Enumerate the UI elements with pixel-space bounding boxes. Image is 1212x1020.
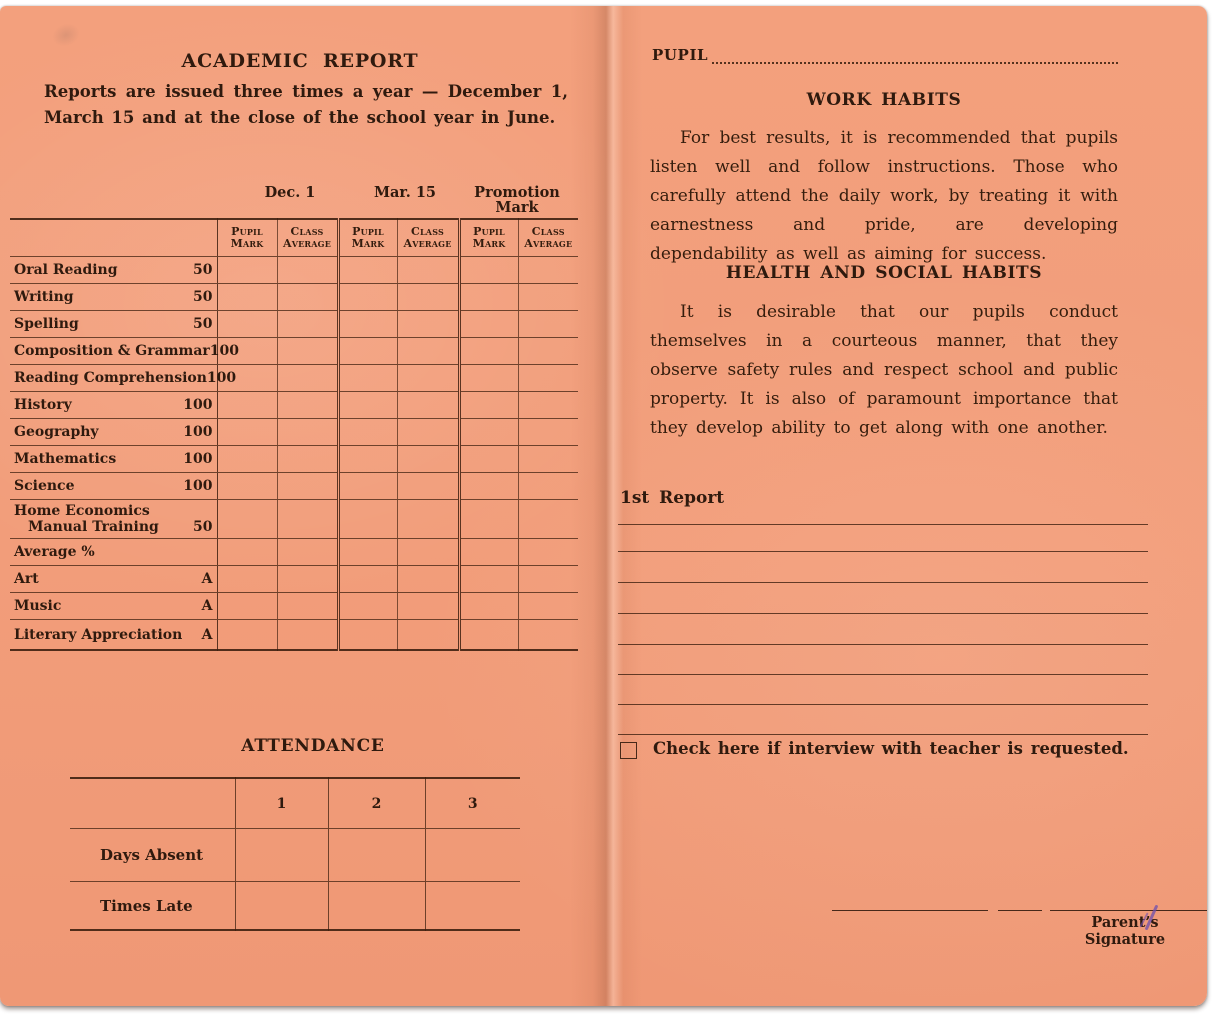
subject-label: Reading Comprehension [14,370,207,386]
mark-cell [397,446,459,473]
work-habits-title: WORK HABITS [650,90,1118,110]
pupil-label: PUPIL [652,46,708,64]
subject-label-line2: Manual Training [28,519,159,535]
mark-cell [277,392,338,419]
mark-cell [338,365,397,392]
subject-label: Writing [14,289,74,305]
mark-cell [338,392,397,419]
subject-row: ArtA [10,566,578,593]
subject-label: Science [14,478,74,494]
mark-cell [397,365,459,392]
mark-cell [518,365,578,392]
mark-cell [459,338,518,365]
subject-max-mark: A [202,598,213,614]
mark-cell [338,473,397,500]
mark-cell [217,539,277,566]
mark-cell [338,338,397,365]
subject-label: Average % [14,544,95,560]
attendance-cell [425,829,520,882]
period-header-promotion: Promotion Mark [468,185,566,215]
mark-cell [397,338,459,365]
subheader-class-average: Class Average [518,219,578,257]
subject-label: Oral Reading [14,262,118,278]
subject-label: Mathematics [14,451,116,467]
mark-cell [518,593,578,620]
attendance-header-blank [70,778,235,829]
mark-cell [518,419,578,446]
mark-cell [397,419,459,446]
subject-max-mark: 100 [183,478,212,494]
mark-cell [338,446,397,473]
mark-cell [518,446,578,473]
mark-cell [459,620,518,651]
subject-row: Spelling50 [10,311,578,338]
mark-cell [217,257,277,284]
mark-cell [217,311,277,338]
subject-row: Average % [10,539,578,566]
mark-cell [459,257,518,284]
mark-cell [277,338,338,365]
report-writing-line [618,524,1148,525]
mark-cell [338,257,397,284]
subject-row: Writing50 [10,284,578,311]
marks-subheader-row: Pupil Mark Class Average Pupil Mark Clas… [10,219,578,257]
mark-cell [518,566,578,593]
attendance-title: ATTENDANCE [78,736,548,756]
mark-cell [277,500,338,539]
subject-label: Composition & Grammar [14,343,210,359]
subject-max-mark: 100 [207,370,236,386]
subject-max-mark: 100 [183,397,212,413]
signature-line-right [1050,910,1207,911]
mark-cell [217,473,277,500]
report-writing-line [618,582,1148,583]
mark-cell [338,593,397,620]
mark-cell [518,473,578,500]
mark-cell [397,473,459,500]
attendance-cell [328,882,425,931]
subject-label: Art [14,571,39,587]
mark-cell [518,284,578,311]
mark-cell [277,593,338,620]
mark-cell [277,365,338,392]
report-writing-line [618,613,1148,614]
mark-cell [397,311,459,338]
mark-cell [459,311,518,338]
intro-text: Reports are issued three times a year — … [44,79,568,131]
subject-max-mark: A [202,627,213,643]
report-writing-line [618,704,1148,705]
mark-cell [338,539,397,566]
mark-cell [397,620,459,651]
mark-cell [459,473,518,500]
subject-row: Literary AppreciationA [10,620,578,651]
mark-cell [518,338,578,365]
first-report-label: 1st Report [620,488,724,508]
subject-row: Oral Reading50 [10,257,578,284]
mark-cell [518,392,578,419]
subject-max-mark: 50 [193,519,212,535]
attendance-table: 1 2 3 Days Absent Times Late [70,777,520,931]
subject-max-mark: 50 [193,289,212,305]
mark-cell [277,311,338,338]
mark-cell [217,392,277,419]
mark-cell [397,566,459,593]
signature-line-left [832,910,988,911]
mark-cell [338,419,397,446]
mark-cell [217,566,277,593]
subject-label: Spelling [14,316,79,332]
report-writing-line [618,551,1148,552]
report-writing-line [618,734,1148,735]
pupil-field: PUPIL [652,46,1118,64]
mark-cell [277,446,338,473]
subject-max-mark: A [202,571,213,587]
mark-cell [217,593,277,620]
report-writing-line [618,674,1148,675]
attendance-header-row: 1 2 3 [70,778,520,829]
mark-cell [459,566,518,593]
mark-cell [277,419,338,446]
subject-row: Composition & Grammar100 [10,338,578,365]
work-habits-body: For best results, it is recommended that… [650,124,1118,269]
interview-request-label: Check here if interview with teacher is … [653,739,1129,758]
mark-cell [459,392,518,419]
mark-cell [217,419,277,446]
mark-cell [518,620,578,651]
subject-row: MusicA [10,593,578,620]
parents-signature-label: Parent’s Signature [1050,914,1200,948]
attendance-row-label: Times Late [70,882,235,931]
attendance-col-header: 2 [328,778,425,829]
pencil-smudge [49,20,83,50]
pupil-dotted-line [712,46,1118,64]
subject-label: Music [14,598,61,614]
mark-cell [397,284,459,311]
period-header-mar15: Mar. 15 [350,185,460,200]
mark-cell [277,473,338,500]
mark-cell [459,365,518,392]
attendance-row: Times Late [70,882,520,931]
subject-max-mark: 100 [183,451,212,467]
mark-cell [397,593,459,620]
attendance-cell [235,882,328,931]
mark-cell [459,446,518,473]
mark-cell [518,500,578,539]
subject-max-mark: 50 [193,316,212,332]
mark-cell [338,566,397,593]
subject-row: History100 [10,392,578,419]
subject-row: Mathematics100 [10,446,578,473]
subheader-pupil-mark: Pupil Mark [217,219,277,257]
attendance-cell [425,882,520,931]
mark-cell [459,419,518,446]
subject-row: Reading Comprehension100 [10,365,578,392]
mark-cell [277,620,338,651]
subheader-class-average: Class Average [277,219,338,257]
subject-label: Home Economics [10,504,217,519]
subheader-class-average: Class Average [397,219,459,257]
mark-cell [277,539,338,566]
subject-row: Home Economics Manual Training50 [10,500,578,539]
mark-cell [459,284,518,311]
subject-header-blank [10,219,217,257]
attendance-col-header: 3 [425,778,520,829]
subject-max-mark: 50 [193,262,212,278]
attendance-cell [328,829,425,882]
mark-cell [338,500,397,539]
signature-line-middle [998,910,1042,911]
mark-cell [338,311,397,338]
mark-cell [277,257,338,284]
mark-cell [338,284,397,311]
subject-row: Science100 [10,473,578,500]
page-title: ACADEMIC REPORT [40,50,560,72]
subject-label: Literary Appreciation [14,627,182,643]
interview-checkbox [620,742,637,759]
mark-cell [338,620,397,651]
mark-cell [397,257,459,284]
mark-cell [217,284,277,311]
health-habits-title: HEALTH AND SOCIAL HABITS [650,263,1118,283]
mark-cell [518,311,578,338]
report-writing-line [618,644,1148,645]
subject-label: History [14,397,72,413]
subject-label: Geography [14,424,99,440]
mark-cell [397,500,459,539]
subheader-pupil-mark: Pupil Mark [459,219,518,257]
attendance-row-label: Days Absent [70,829,235,882]
mark-cell [518,257,578,284]
subject-max-mark: 100 [210,343,239,359]
marks-table: Pupil Mark Class Average Pupil Mark Clas… [10,218,578,651]
mark-cell [459,500,518,539]
mark-cell [217,500,277,539]
attendance-col-header: 1 [235,778,328,829]
subheader-pupil-mark: Pupil Mark [338,219,397,257]
mark-cell [397,392,459,419]
subject-row: Geography100 [10,419,578,446]
mark-cell [518,539,578,566]
health-habits-body: It is desirable that our pupils conduct … [650,298,1118,443]
subject-max-mark: 100 [183,424,212,440]
mark-cell [459,593,518,620]
period-header-dec1: Dec. 1 [240,185,340,200]
mark-cell [397,539,459,566]
mark-cell [217,620,277,651]
mark-cell [277,566,338,593]
attendance-cell [235,829,328,882]
attendance-row: Days Absent [70,829,520,882]
mark-cell [459,539,518,566]
mark-cell [217,446,277,473]
mark-cell [277,284,338,311]
